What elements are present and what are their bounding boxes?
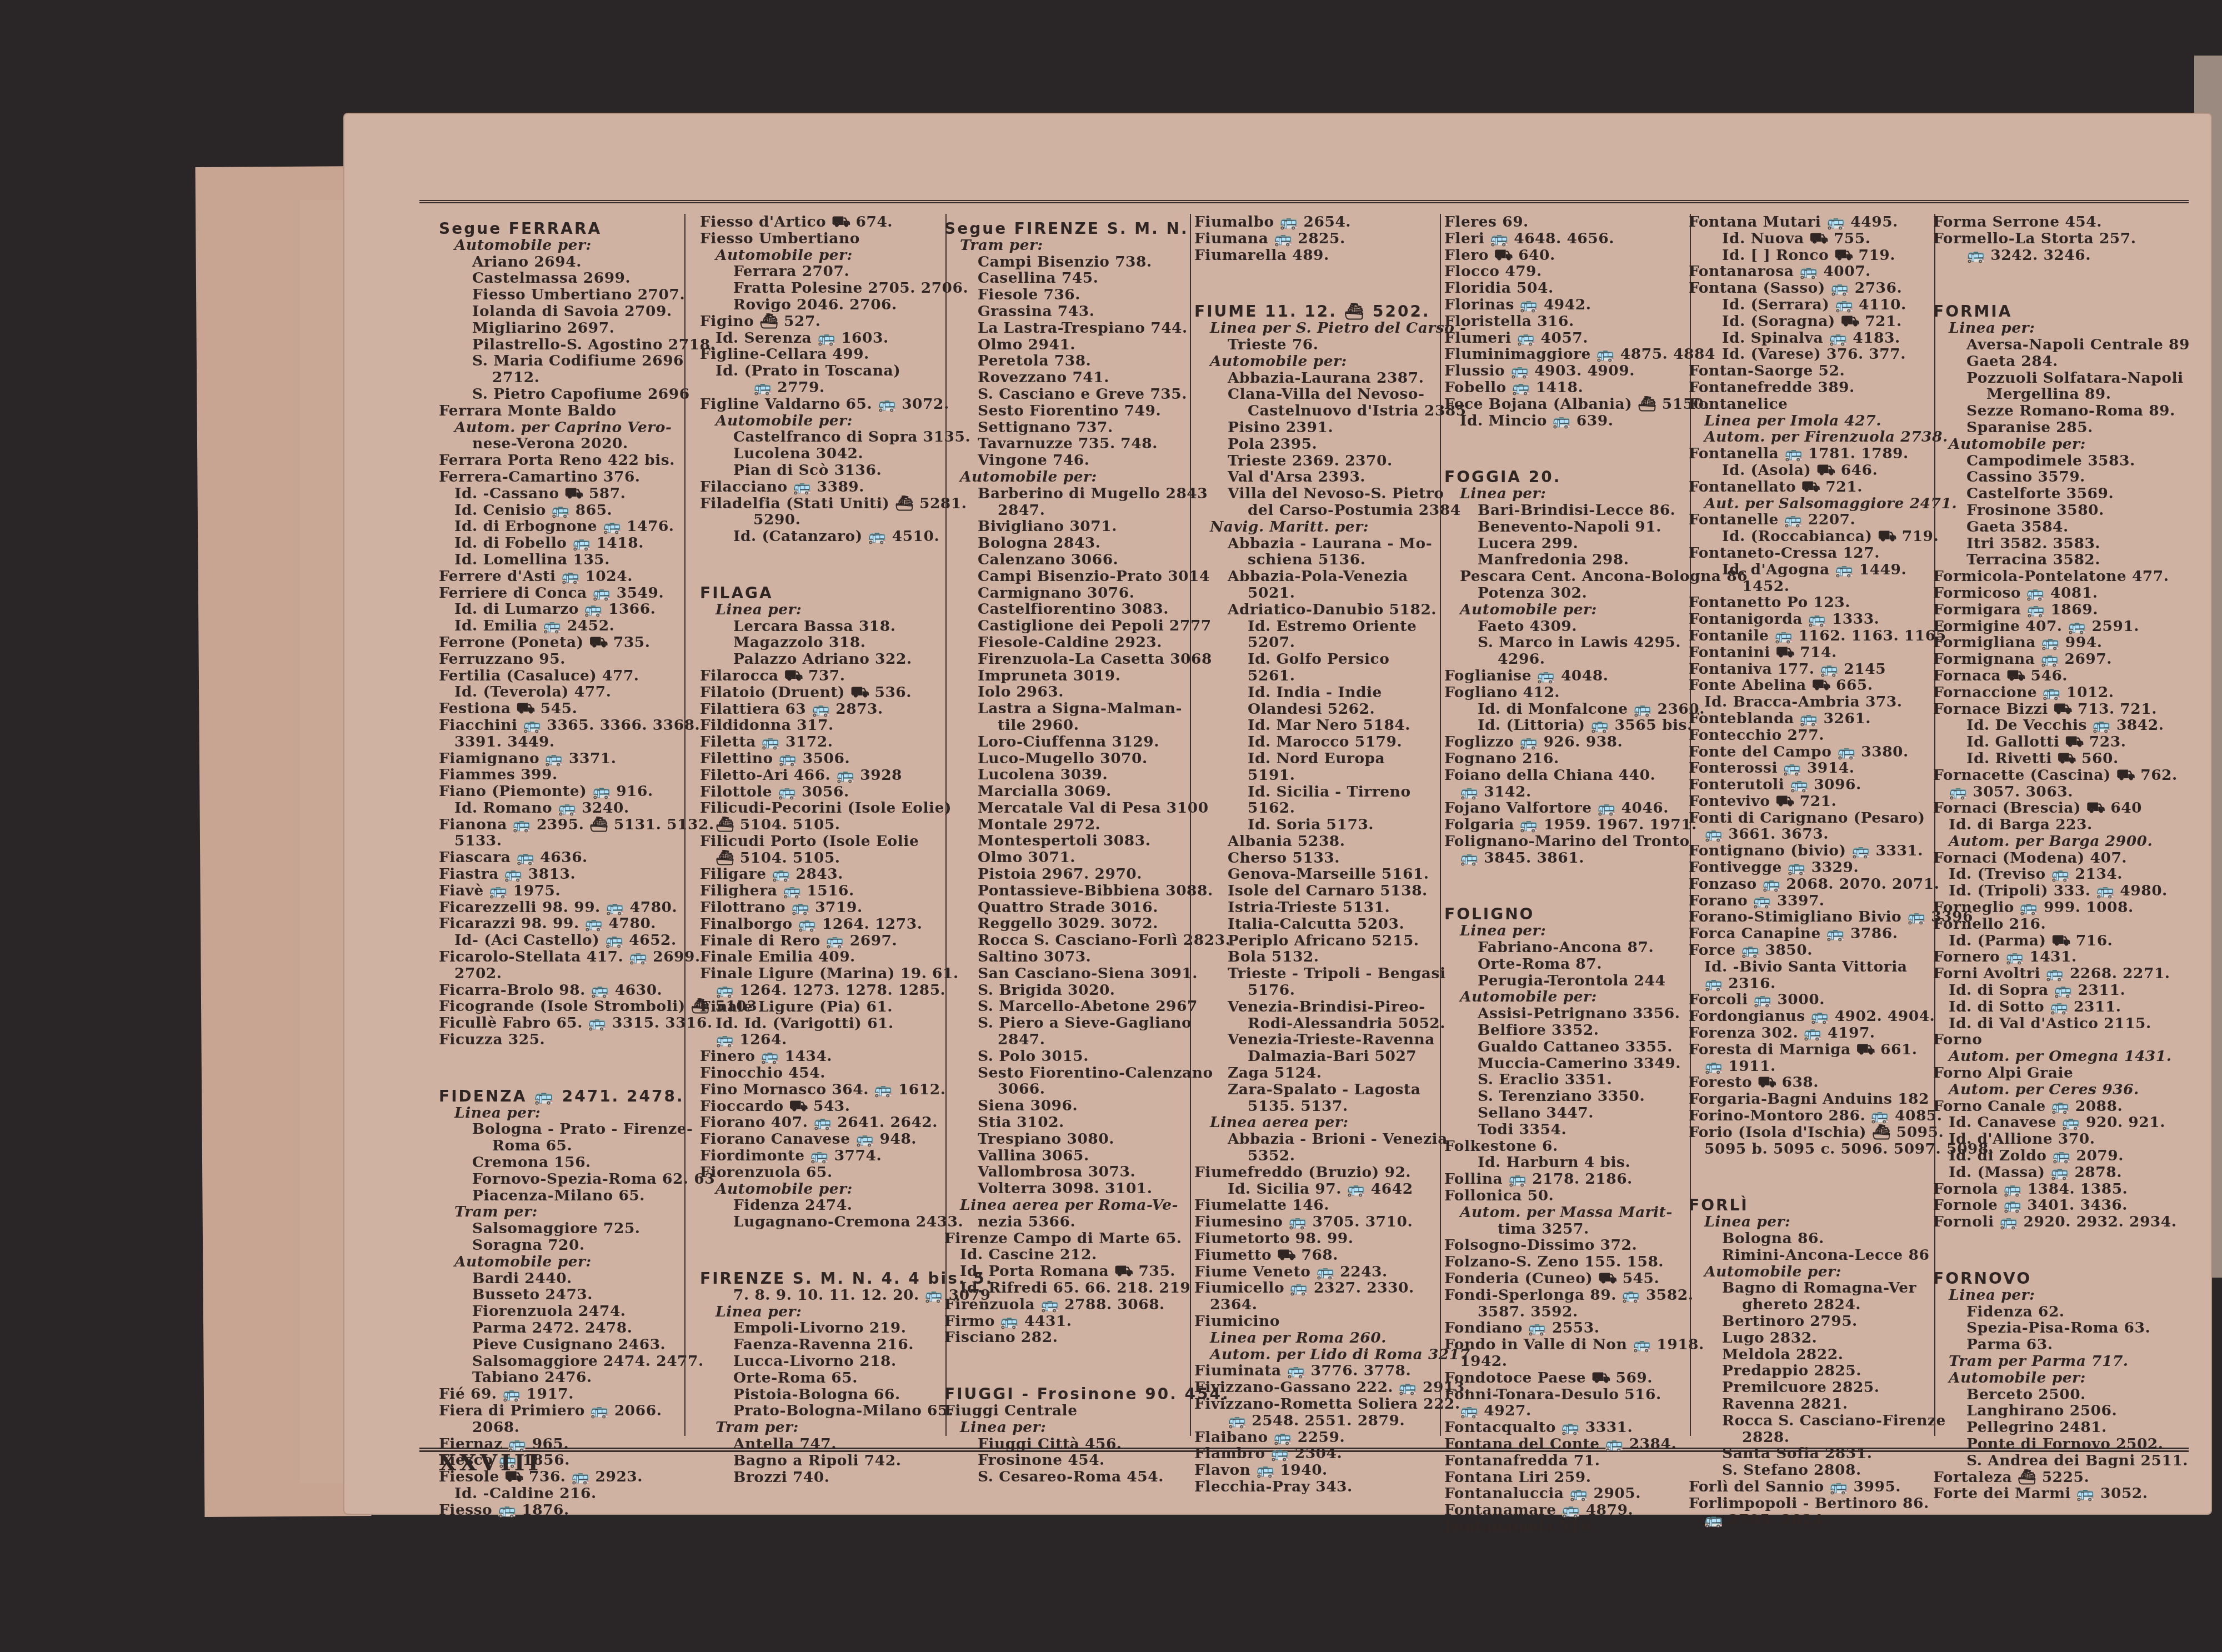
index-entry: Fornacette (Cascina) ⛟ 762. — [1933, 767, 2172, 784]
index-entry: Fiacchini 🚌 3365. 3366. 3368. — [439, 717, 678, 734]
index-entry: 🚌 3661. 3673. — [1689, 826, 1928, 843]
index-entry: S. Cesareo-Roma 454. — [944, 1469, 1183, 1485]
index-entry: Id. [ ] Ronco ⛟ 719. — [1689, 247, 1928, 264]
index-entry: Olandesi 5262. — [1194, 701, 1433, 718]
index-entry: Ferrone (Poneta) ⛟ 735. — [439, 634, 678, 651]
index-entry: Rovigo 2046. 2706. — [700, 297, 939, 313]
index-entry: Fluminimaggiore 🚌 4875. 4884 — [1444, 346, 1683, 363]
index-entry: Rodi-Alessandria 5052. — [1194, 1015, 1433, 1032]
index-entry: Id. di Zoldo 🚌 2079. — [1933, 1148, 2172, 1164]
index-entry: Fontanellato ⛟ 721. — [1689, 479, 1928, 495]
index-entry: Id. Sicilia 97. 🚌 4642 — [1194, 1181, 1433, 1198]
index-entry: Forno Canale 🚌 2088. — [1933, 1098, 2172, 1115]
index-entry: Id. -Cassano ⛟ 587. — [439, 485, 678, 502]
index-entry: Fondotoce Paese ⛟ 569. — [1444, 1370, 1683, 1386]
index-entry: Ferruzzano 95. — [439, 651, 678, 668]
index-entry: Adriatico-Danubio 5182. — [1194, 602, 1433, 618]
index-entry: Id. Estremo Oriente — [1194, 618, 1433, 635]
index-entry: Lugagnano-Cremona 2433. — [700, 1214, 939, 1230]
index-entry: Luco-Mugello 3070. — [944, 750, 1183, 767]
index-column-1: Segue FERRARAAutomobile per:Ariano 2694.… — [439, 214, 678, 1436]
transport-type-label: Linea per: — [1933, 1287, 2172, 1304]
index-entry: Zaga 5124. — [1194, 1065, 1433, 1082]
index-entry: Sesto Fiorentino 749. — [944, 403, 1183, 419]
index-entry: Fontaneto-Cressa 127. — [1689, 545, 1928, 562]
index-entry: Forio (Isola d'Ischia) ⛴ 5095. — [1689, 1124, 1928, 1141]
page-number: XXVIII — [439, 1450, 542, 1476]
index-entry: Forno — [1933, 1032, 2172, 1048]
index-entry: Fiumana 🚌 2825. — [1194, 231, 1433, 247]
index-entry: Id- (Aci Castello) 🚌 4652. — [439, 932, 678, 949]
index-entry: Id. Cenisio 🚌 865. — [439, 502, 678, 519]
index-entry: Vallina 3065. — [944, 1148, 1183, 1164]
index-entry: Periplo Africano 5215. — [1194, 933, 1433, 949]
index-entry: Iolanda di Savoia 2709. — [439, 303, 678, 320]
index-entry: Figline-Cellara 499. — [700, 346, 939, 363]
index-entry: Fordongianus 🚌 4902. 4904. — [1689, 1008, 1928, 1025]
transport-type-label: Automobile per: — [1689, 1264, 1928, 1280]
index-entry: Fontaniva 177. 🚌 2145 — [1689, 661, 1928, 678]
index-entry: Potenza 302. — [1444, 585, 1683, 602]
index-entry: Fleres 69. — [1444, 214, 1683, 231]
index-column-4: Fiumalbo 🚌 2654.Fiumana 🚌 2825.Fiumarell… — [1194, 214, 1433, 1436]
index-entry: Migliarino 2697. — [439, 320, 678, 337]
index-entry: Salsomaggiore 2474. 2477. — [439, 1353, 678, 1370]
index-entry: Pilastrello-S. Agostino 2718. — [439, 337, 678, 353]
index-entry: Soragna 720. — [439, 1237, 678, 1254]
index-entry: Filacciano 🚌 3389. — [700, 479, 939, 495]
index-entry: Formigara 🚌 1869. — [1933, 602, 2172, 618]
column-divider — [1440, 214, 1441, 1436]
index-entry: Parma 63. — [1933, 1336, 2172, 1353]
index-entry: Fleri 🚌 4648. 4656. — [1444, 231, 1683, 247]
index-entry: Fiesso Umbertiano — [700, 231, 939, 247]
section-heading: FIUGGI - Frosinone 90. 454. — [944, 1386, 1183, 1403]
index-entry: Ferriere di Conca 🚌 3549. — [439, 585, 678, 602]
index-entry: Id. di Val d'Astico 2115. — [1933, 1015, 2172, 1032]
index-entry: Terracina 3582. — [1933, 552, 2172, 568]
index-entry: Fornello 216. — [1933, 916, 2172, 933]
section-heading: FIUME 11. 12. ⛴ 5202. — [1194, 303, 1433, 320]
transport-type-label: Aut. per Salsomaggiore 2471. — [1689, 495, 1928, 512]
index-entry: Ferrara 2707. — [700, 263, 939, 280]
index-entry: Prato-Bologna-Milano 65. — [700, 1403, 939, 1419]
index-entry: Fonterutoli 🚌 3096. — [1689, 777, 1928, 793]
index-entry: 🚌 3142. — [1444, 784, 1683, 800]
index-entry: Palazzo Adriano 322. — [700, 651, 939, 668]
index-entry: Fornole 🚌 3401. 3436. — [1933, 1197, 2172, 1214]
index-entry: Fontecchio 277. — [1689, 727, 1928, 744]
index-entry: Id. Harburn 4 bis. — [1444, 1154, 1683, 1171]
transport-type-label: Linea per: — [700, 1304, 939, 1320]
index-entry: Mercatale Val di Pesa 3100 — [944, 800, 1183, 817]
index-entry: 🚌 3242. 3246. — [1933, 247, 2172, 264]
index-entry: Fiano (Piemonte) 🚌 916. — [439, 783, 678, 800]
index-entry: Premilcuore 2825. — [1689, 1379, 1928, 1396]
index-entry: S. Eraclio 3351. — [1444, 1072, 1683, 1088]
index-entry: Todi 3354. — [1444, 1122, 1683, 1138]
index-entry: Fonzaso 🚌 2068. 2070. 2071. — [1689, 876, 1928, 893]
index-entry: Clana-Villa del Nevoso- — [1194, 386, 1433, 403]
index-entry: Firenze Campo di Marte 65. — [944, 1230, 1183, 1247]
index-entry: Filigare 🚌 2843. — [700, 866, 939, 883]
index-entry: Zara-Spalato - Lagosta — [1194, 1082, 1433, 1098]
index-entry: Filottole 🚌 3056. — [700, 784, 939, 800]
index-entry: Firenzuola-La Casetta 3068 — [944, 651, 1183, 668]
index-entry: Force 🚌 3850. — [1689, 942, 1928, 959]
index-entry: Finalborgo 🚌 1264. 1273. — [700, 916, 939, 933]
index-entry: 5095 b. 5095 c. 5096. 5097. 5098. — [1689, 1141, 1928, 1158]
index-entry: Fiumarella 489. — [1194, 247, 1433, 264]
index-entry: 🚌 1264. 1273. 1278. 1285. — [700, 982, 939, 999]
section-heading: Segue FERRARA — [439, 221, 678, 237]
index-entry: 5290. — [700, 512, 939, 528]
index-entry: Fianona 🚌 2395. ⛴ 5131. 5132. — [439, 817, 678, 833]
index-entry: Venezia-Trieste-Ravenna — [1194, 1032, 1433, 1048]
index-entry: Id. (Asola) ⛟ 646. — [1689, 462, 1928, 479]
index-entry: Id. Mincio 🚌 639. — [1444, 413, 1683, 429]
index-entry: Id. Sicilia - Tirreno — [1194, 784, 1433, 800]
index-entry: Ferrera-Camartino 376. — [439, 469, 678, 485]
index-entry: Perugia-Terontola 244 — [1444, 973, 1683, 989]
index-entry: Filarocca ⛟ 737. — [700, 668, 939, 684]
index-entry: Magazzolo 318. — [700, 634, 939, 651]
index-entry: Dalmazia-Bari 5027 — [1194, 1048, 1433, 1065]
index-entry: Fiumetto ⛟ 768. — [1194, 1247, 1433, 1264]
index-entry: Fertilia (Casaluce) 477. — [439, 668, 678, 684]
index-entry: Fiesole 736. — [944, 287, 1183, 303]
transport-type-label: Autom. per Massa Marit- — [1444, 1204, 1683, 1221]
index-entry: Folkestone 6. — [1444, 1138, 1683, 1155]
section-spacer — [700, 1230, 939, 1264]
index-entry: Fornaci (Modena) 407. — [1933, 850, 2172, 867]
index-entry: Castelforte 3569. — [1933, 485, 2172, 502]
index-entry: Ficarolo-Stellata 417. 🚌 2699. — [439, 949, 678, 965]
transport-type-label: Linea per: — [1689, 1214, 1928, 1230]
index-entry: Id. Lomellina 135. — [439, 552, 678, 568]
index-entry: Flaibano 🚌 2259. — [1194, 1429, 1433, 1446]
index-entry: Predappio 2825. — [1689, 1363, 1928, 1379]
transport-type-label: Automobile per: — [1933, 1370, 2172, 1386]
index-entry: Ficarra-Brolo 98. 🚌 4630. — [439, 982, 678, 999]
index-entry: Trespiano 3080. — [944, 1131, 1183, 1148]
index-entry: Berceto 2500. — [1933, 1386, 2172, 1403]
index-entry: Id. (Soragna) ⛟ 721. — [1689, 313, 1928, 330]
index-entry: S. Andrea dei Bagni 2511. — [1933, 1453, 2172, 1469]
index-entry: Forca Canapine 🚌 3786. — [1689, 925, 1928, 942]
index-entry: Gaeta 3584. — [1933, 519, 2172, 535]
index-entry: Fiumefreddo (Bruzio) 92. — [1194, 1164, 1433, 1181]
index-entry: Fidenza 62. — [1933, 1304, 2172, 1320]
index-entry: 🚌 3057. 3063. — [1933, 784, 2172, 800]
index-entry: Forano-Stimigliano Bivio 🚌 3396 — [1689, 909, 1928, 925]
index-entry: Fontanelice — [1689, 396, 1928, 413]
index-entry: Flumeri 🚌 4057. — [1444, 330, 1683, 347]
index-entry: Fobello 🚌 1418. — [1444, 379, 1683, 396]
index-entry: Pian di Scò 3136. — [700, 462, 939, 479]
index-entry: Bologna 2843. — [944, 535, 1183, 552]
section-spacer — [1444, 866, 1683, 899]
index-entry: Fonderia (Cuneo) ⛟ 545. — [1444, 1270, 1683, 1287]
index-entry: Fiesso Umbertiano 2707. — [439, 287, 678, 303]
transport-type-label: Linea per: — [1933, 320, 2172, 337]
transport-type-label: Tram per: — [439, 1204, 678, 1220]
index-entry: Fiesole-Caldine 2923. — [944, 634, 1183, 651]
index-entry: Filattiera 63 🚌 2873. — [700, 701, 939, 718]
section-spacer — [1194, 263, 1433, 297]
index-entry: Fogliano 412. — [1444, 684, 1683, 701]
transport-type-label: Linea per: — [1444, 923, 1683, 939]
index-entry: Fontacqualto 🚌 3331. — [1444, 1419, 1683, 1436]
index-entry: 3587. 3592. — [1444, 1304, 1683, 1320]
index-entry: Assisi-Petrignano 3356. — [1444, 1005, 1683, 1022]
index-entry: Fontanefredde 389. — [1689, 379, 1928, 396]
index-entry: Trieste 2369. 2370. — [1194, 453, 1433, 469]
index-entry: 2702. — [439, 965, 678, 982]
index-entry: Carmignano 3076. — [944, 585, 1183, 602]
index-entry: Filottrano 🚌 3719. — [700, 899, 939, 916]
index-entry: Abbazia-Laurana 2387. — [1194, 370, 1433, 387]
index-entry: Forno Alpi Graie — [1933, 1065, 2172, 1082]
index-entry: 2364. — [1194, 1296, 1433, 1313]
index-entry: Impruneta 3019. — [944, 668, 1183, 684]
transport-type-label: Linea per: — [944, 1419, 1183, 1436]
index-entry: Foresta di Marniga ⛟ 661. — [1689, 1042, 1928, 1058]
index-entry: 🚌 2316. — [1689, 975, 1928, 992]
index-entry: Volterra 3098. 3101. — [944, 1180, 1183, 1197]
index-entry: S. Marco in Lawis 4295. — [1444, 634, 1683, 651]
transport-type-label: Tram per: — [700, 1419, 939, 1436]
index-entry: 4296. — [1444, 651, 1683, 668]
index-entry: Fonterossi 🚌 3914. — [1689, 760, 1928, 777]
section-heading: FOGGIA 20. — [1444, 469, 1683, 485]
section-heading: FORLÌ — [1689, 1197, 1928, 1214]
index-entry: Cremona 156. — [439, 1154, 678, 1171]
transport-type-label: Linea per Roma 260. — [1194, 1330, 1433, 1346]
index-entry: Id. di Sopra 🚌 2311. — [1933, 982, 2172, 999]
index-entry: Roma 65. — [439, 1138, 678, 1154]
index-entry: Folzano-S. Zeno 155. 158. — [1444, 1254, 1683, 1270]
index-entry: Ferrara Porta Reno 422 bis. — [439, 452, 678, 469]
index-entry: Fratta Polesine 2705. 2706. — [700, 280, 939, 297]
index-entry: Mergellina 89. — [1933, 386, 2172, 403]
index-entry: Fontanarosa 🚌 4007. — [1689, 263, 1928, 280]
index-entry: Belfiore 3352. — [1444, 1022, 1683, 1039]
index-entry: Bari-Brindisi-Lecce 86. — [1444, 502, 1683, 519]
index-entry: La Lastra-Trespiano 744. — [944, 320, 1183, 337]
index-entry: S. Piero a Sieve-Gagliano — [944, 1015, 1183, 1032]
index-entry: 🚌 1911. — [1689, 1058, 1928, 1075]
index-entry: Rocca S. Casciano-Firenze — [1689, 1413, 1928, 1429]
index-entry: Fiumicino — [1194, 1313, 1433, 1330]
index-entry: Fonti di Carignano (Pesaro) — [1689, 810, 1928, 827]
index-entry: Id. (Tripoli) 333. 🚌 4980. — [1933, 883, 2172, 899]
index-entry: Fontanamare 🚌 4879. — [1444, 1502, 1683, 1519]
transport-type-label: Autom. per Lido di Roma 3217 — [1194, 1346, 1433, 1363]
index-entry: Meldola 2822. — [1689, 1346, 1928, 1363]
index-entry: Pontassieve-Bibbiena 3088. — [944, 883, 1183, 899]
index-entry: Pescara Cent. Ancona-Bologna 86 — [1444, 568, 1683, 585]
index-entry: Sesto Fiorentino-Calenzano — [944, 1065, 1183, 1082]
column-divider — [1190, 214, 1191, 1436]
index-entry: Tabiano 2476. — [439, 1369, 678, 1386]
index-entry: Brozzi 740. — [700, 1469, 939, 1486]
transport-type-label: Automobile per: — [439, 237, 678, 254]
index-entry: Empoli-Livorno 219. — [700, 1320, 939, 1336]
index-entry: Busseto 2473. — [439, 1286, 678, 1303]
index-entry: Id. Soria 5173. — [1194, 817, 1433, 833]
index-entry: S. Polo 3015. — [944, 1048, 1183, 1065]
index-entry: Val d'Arsa 2393. — [1194, 469, 1433, 485]
index-entry: Rovezzano 741. — [944, 369, 1183, 386]
index-entry: Aversa-Napoli Centrale 89 — [1933, 337, 2172, 353]
index-entry: Id. Nuova ⛟ 755. — [1689, 231, 1928, 247]
index-entry: ghereto 2824. — [1689, 1296, 1928, 1313]
transport-type-label: Automobile per: — [1194, 353, 1433, 370]
index-entry: Pistoia 2967. 2970. — [944, 866, 1183, 883]
index-entry: Bertinoro 2795. — [1689, 1313, 1928, 1330]
index-entry: Abbazia - Laurana - Mo- — [1194, 535, 1433, 552]
index-entry: Id. -Bivio Santa Vittoria — [1689, 959, 1928, 975]
index-entry: Rocca S. Casciano-Forlì 2823. — [944, 932, 1183, 949]
section-spacer — [1933, 1230, 2172, 1264]
index-entry: Forma Serrone 454. — [1933, 214, 2172, 231]
index-entry: Id. Rivetti ⛟ 560. — [1933, 750, 2172, 767]
index-entry: Grassina 743. — [944, 303, 1183, 320]
index-entry: Fiuggi Città 456. — [944, 1436, 1183, 1453]
index-entry: Fiorenzuola 65. — [700, 1164, 939, 1181]
transport-type-label: Automobile per: — [1444, 602, 1683, 618]
index-entry: Fiumetorto 98. 99. — [1194, 1230, 1433, 1247]
index-entry: Campi Bisenzio-Prato 3014 — [944, 568, 1183, 585]
index-entry: Sellano 3447. — [1444, 1105, 1683, 1122]
index-entry: Cassino 3579. — [1933, 469, 2172, 485]
index-entry: Id. India - Indie — [1194, 684, 1433, 701]
index-entry: Manfredonia 298. — [1444, 552, 1683, 568]
index-entry: Vingone 746. — [944, 452, 1183, 469]
index-entry: Calenzano 3066. — [944, 552, 1183, 568]
index-entry: Folgaria 🚌 1959. 1967. 1971. — [1444, 817, 1683, 833]
index-entry: Abbazia-Pola-Venezia — [1194, 568, 1433, 585]
index-entry: Ponte di Fornovo 2502. — [1933, 1436, 2172, 1453]
index-entry: Flecchia-Pray 343. — [1194, 1479, 1433, 1495]
index-entry: Faeto 4309. — [1444, 618, 1683, 635]
index-entry: Siena 3096. — [944, 1098, 1183, 1114]
index-entry: Flocco 479. — [1444, 263, 1683, 280]
index-entry: Bola 5132. — [1194, 949, 1433, 965]
index-entry: Id. (Treviso 🚌 2134. — [1933, 866, 2172, 883]
index-entry: Fiuminata 🚌 3776. 3778. — [1194, 1363, 1433, 1379]
index-entry: Figline Valdarno 65. 🚌 3072. — [700, 396, 939, 413]
index-entry: 5261. — [1194, 668, 1433, 684]
index-entry: San Casciano-Siena 3091. — [944, 965, 1183, 982]
index-entry: Ficarazzi 98. 99. 🚌 4780. — [439, 915, 678, 932]
index-entry: Flussio 🚌 4903. 4909. — [1444, 363, 1683, 379]
index-entry: Fidenza 2474. — [700, 1197, 939, 1214]
index-entry: Campi Bisenzio 738. — [944, 254, 1183, 271]
index-entry: 1942. — [1444, 1353, 1683, 1370]
index-entry: Fildidonna 317. — [700, 717, 939, 734]
index-entry: Id. (Littoria) 🚌 3565 bis. — [1444, 717, 1683, 734]
index-entry: Fonteblanda 🚌 3261. — [1689, 710, 1928, 727]
index-entry: Sezze Romano-Roma 89. — [1933, 403, 2172, 419]
index-entry: 🚌 4927. — [1444, 1403, 1683, 1419]
index-entry: Finocchio 454. — [700, 1065, 939, 1082]
index-entry: Filetto-Ari 466. 🚌 3928 — [700, 767, 939, 784]
section-spacer — [944, 1346, 1183, 1379]
index-entry: Id. (Parma) ⛟ 716. — [1933, 933, 2172, 949]
index-entry: Fornaci (Brescia) ⛟ 640 — [1933, 800, 2172, 817]
index-entry: Id. Mar Nero 5184. — [1194, 717, 1433, 734]
index-entry: 5133. — [439, 833, 678, 849]
index-entry: Fiorenzuola 2474. — [439, 1303, 678, 1320]
index-entry: Trieste - Tripoli - Bengasi — [1194, 965, 1433, 982]
index-entry: Olmo 2941. — [944, 337, 1183, 353]
index-entry: S. Pietro Capofiume 2696 — [439, 386, 678, 403]
index-entry: Id. Romano 🚌 3240. — [439, 800, 678, 817]
index-entry: Frosinone 3580. — [1933, 502, 2172, 519]
index-entry: Montale 2972. — [944, 817, 1183, 833]
index-entry: Fiera di Primiero 🚌 2066. — [439, 1403, 678, 1419]
index-entry: Fiume Veneto 🚌 2243. — [1194, 1264, 1433, 1280]
index-entry: Id. Canavese 🚌 920. 921. — [1933, 1114, 2172, 1131]
index-entry: Loro-Ciuffenna 3129. — [944, 734, 1183, 750]
index-entry: Cherso 5133. — [1194, 850, 1433, 867]
index-entry: Fortaleza ⛴ 5225. — [1933, 1469, 2172, 1486]
index-entry: Fiumesino 🚌 3705. 3710. — [1194, 1214, 1433, 1230]
index-entry: 5176. — [1194, 982, 1433, 999]
index-entry: ⛴ 5104. 5105. — [700, 817, 939, 833]
index-entry: Folignano-Marino del Tronto — [1444, 833, 1683, 850]
index-entry: Fiascara 🚌 4636. — [439, 849, 678, 866]
index-column-5: Fleres 69.Fleri 🚌 4648. 4656.Flero ⛟ 640… — [1444, 214, 1683, 1436]
index-entry: Id. Golfo Persico — [1194, 651, 1433, 668]
index-entry: Foiano della Chiana 440. — [1444, 767, 1683, 784]
index-entry: Bivigliano 3071. — [944, 518, 1183, 535]
index-entry: Barberino di Mugello 2843 — [944, 485, 1183, 502]
section-heading: FORMIA — [1933, 303, 2172, 320]
index-entry: Salsomaggiore 725. — [439, 1220, 678, 1237]
index-entry: Florinas 🚌 4942. — [1444, 297, 1683, 313]
index-entry: 3391. 3449. — [439, 734, 678, 750]
index-entry: Filicudi Porto (Isole Eolie — [700, 833, 939, 850]
index-entry: Castelfiorentino 3083. — [944, 601, 1183, 618]
index-entry: Fontana Mutari 🚌 4495. — [1689, 214, 1928, 231]
index-entry: Formignana 🚌 2697. — [1933, 651, 2172, 668]
transport-type-label: Autom. per Firenzuola 2738. — [1689, 429, 1928, 445]
index-entry: Fontignano (bivio) 🚌 3331. — [1689, 843, 1928, 859]
section-heading: FIDENZA 🚌 2471. 2478. — [439, 1088, 678, 1105]
index-entry: Vallombrosa 3073. — [944, 1164, 1183, 1180]
transport-type-label: Linea aerea per: — [1194, 1114, 1433, 1131]
index-entry: Lucca-Livorno 218. — [700, 1353, 939, 1370]
index-entry: Fontanigorda 🚌 1333. — [1689, 611, 1928, 628]
index-entry: 🚌 2795. 2824. — [1689, 1512, 1928, 1529]
index-entry: Finale Ligure (Pia) 61. — [700, 999, 939, 1015]
index-entry: 3066. — [944, 1081, 1183, 1098]
index-entry: Fisciano 282. — [944, 1329, 1183, 1346]
index-entry: Folsogno-Dissimo 372. — [1444, 1237, 1683, 1254]
index-entry: Id. di Lumarzo 🚌 1366. — [439, 601, 678, 618]
index-entry: Forcoli 🚌 3000. — [1689, 992, 1928, 1008]
index-entry: 2847. — [944, 1032, 1183, 1048]
index-entry: S. Marcello-Abetone 2967 — [944, 998, 1183, 1015]
index-entry: Id. Cascine 212. — [944, 1246, 1183, 1263]
index-entry: Id. De Vecchis 🚌 3842. — [1933, 717, 2172, 734]
index-entry: Fornoli 🚌 2920. 2932. 2934. — [1933, 1214, 2172, 1230]
index-entry: Id. (Catanzaro) 🚌 4510. — [700, 528, 939, 545]
index-entry: 2712. — [439, 369, 678, 386]
